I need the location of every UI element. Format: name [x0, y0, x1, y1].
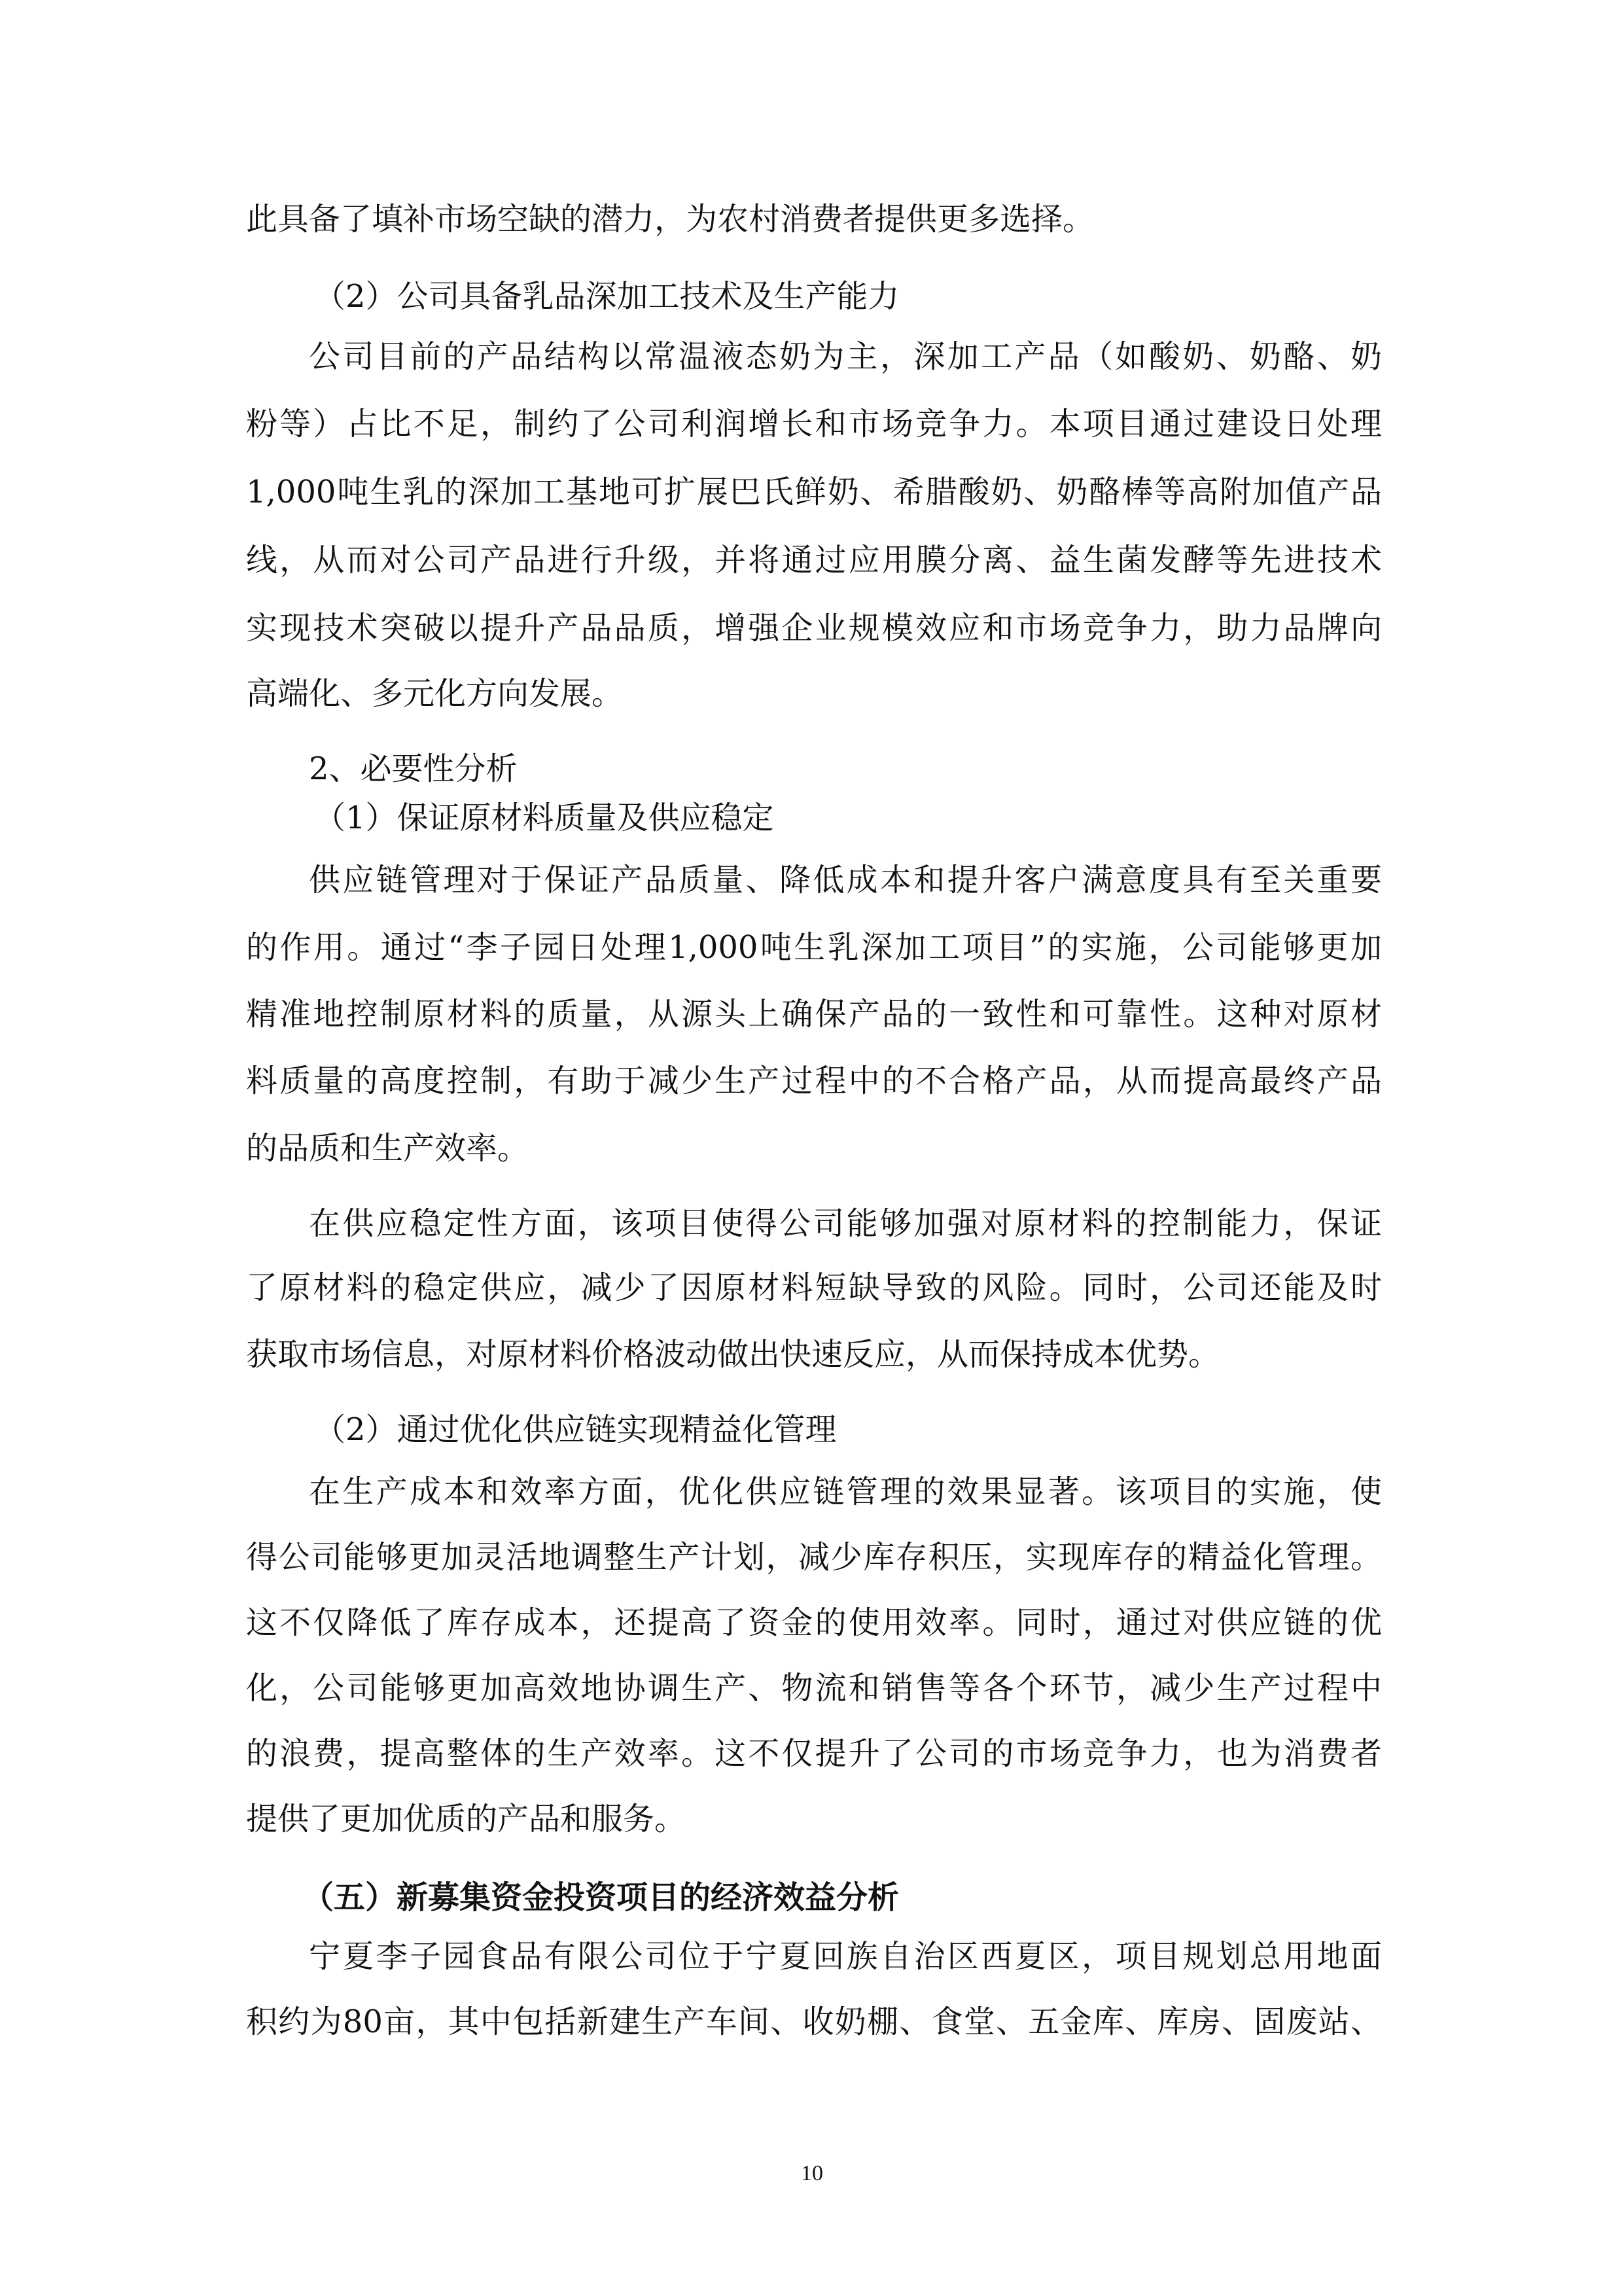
paragraph-line: 供应链管理对于保证产品质量、降低成本和提升客户满意度具有至关重要	[309, 860, 1382, 900]
paragraph-line: 公司目前的产品结构以常温液态奶为主，深加工产品（如酸奶、奶酪、奶	[309, 337, 1382, 376]
paragraph-line: 宁夏李子园食品有限公司位于宁夏回族自治区西夏区，项目规划总用地面	[309, 1937, 1382, 1976]
paragraph-line: 的品质和生产效率。	[246, 1129, 1382, 1168]
paragraph-line: 高端化、多元化方向发展。	[246, 674, 1382, 713]
paragraph-line: 线，从而对公司产品进行升级，并将通过应用膜分离、益生菌发酵等先进技术	[246, 540, 1382, 580]
page-number: 10	[779, 2159, 845, 2188]
subsection-heading: （2）通过优化供应链实现精益化管理	[314, 1410, 1382, 1449]
paragraph-line: 得公司能够更加灵活地调整生产计划，减少库存积压，实现库存的精益化管理。	[246, 1538, 1382, 1577]
paragraph-line: 的作用。通过“李子园日处理1,000吨生乳深加工项目”的实施，公司能够更加	[246, 928, 1382, 967]
paragraph-line: 在供应稳定性方面，该项目使得公司能够加强对原材料的控制能力，保证	[309, 1204, 1382, 1243]
paragraph-line: 的浪费，提高整体的生产效率。这不仅提升了公司的市场竞争力，也为消费者	[246, 1734, 1382, 1773]
paragraph-line: 此具备了填补市场空缺的潜力，为农村消费者提供更多选择。	[246, 200, 1382, 239]
paragraph-line: 1,000吨生乳的深加工基地可扩展巴氏鲜奶、希腊酸奶、奶酪棒等高附加值产品	[246, 472, 1382, 512]
subsection-heading: （1）保证原材料质量及供应稳定	[314, 798, 1382, 838]
paragraph-line: 料质量的高度控制，有助于减少生产过程中的不合格产品，从而提高最终产品	[246, 1061, 1382, 1101]
paragraph-line: 了原材料的稳定供应，减少了因原材料短缺导致的风险。同时，公司还能及时	[246, 1268, 1382, 1307]
paragraph-line: 积约为80亩，其中包括新建生产车间、收奶棚、食堂、五金库、库房、固废站、	[246, 2002, 1382, 2041]
paragraph-line: 实现技术突破以提升产品品质，增强企业规模效应和市场竞争力，助力品牌向	[246, 609, 1382, 648]
paragraph-line: 在生产成本和效率方面，优化供应链管理的效果显著。该项目的实施，使	[309, 1472, 1382, 1511]
paragraph-line: 获取市场信息，对原材料价格波动做出快速反应，从而保持成本优势。	[246, 1335, 1382, 1374]
paragraph-line: 精准地控制原材料的质量，从源头上确保产品的一致性和可靠性。这种对原材	[246, 995, 1382, 1034]
paragraph-line: 化，公司能够更加高效地协调生产、物流和销售等各个环节，减少生产过程中	[246, 1669, 1382, 1708]
section-heading: 2、必要性分析	[309, 749, 1382, 788]
document-page: 此具备了填补市场空缺的潜力，为农村消费者提供更多选择。 （2）公司具备乳品深加工…	[0, 0, 1624, 2296]
paragraph-line: 粉等）占比不足，制约了公司利润增长和市场竞争力。本项目通过建设日处理	[246, 404, 1382, 444]
subsection-heading: （2）公司具备乳品深加工技术及生产能力	[314, 277, 1382, 316]
paragraph-line: 提供了更加优质的产品和服务。	[246, 1799, 1382, 1839]
paragraph-line: 这不仅降低了库存成本，还提高了资金的使用效率。同时，通过对供应链的优	[246, 1603, 1382, 1642]
section-heading-bold: （五）新募集资金投资项目的经济效益分析	[302, 1878, 1370, 1917]
